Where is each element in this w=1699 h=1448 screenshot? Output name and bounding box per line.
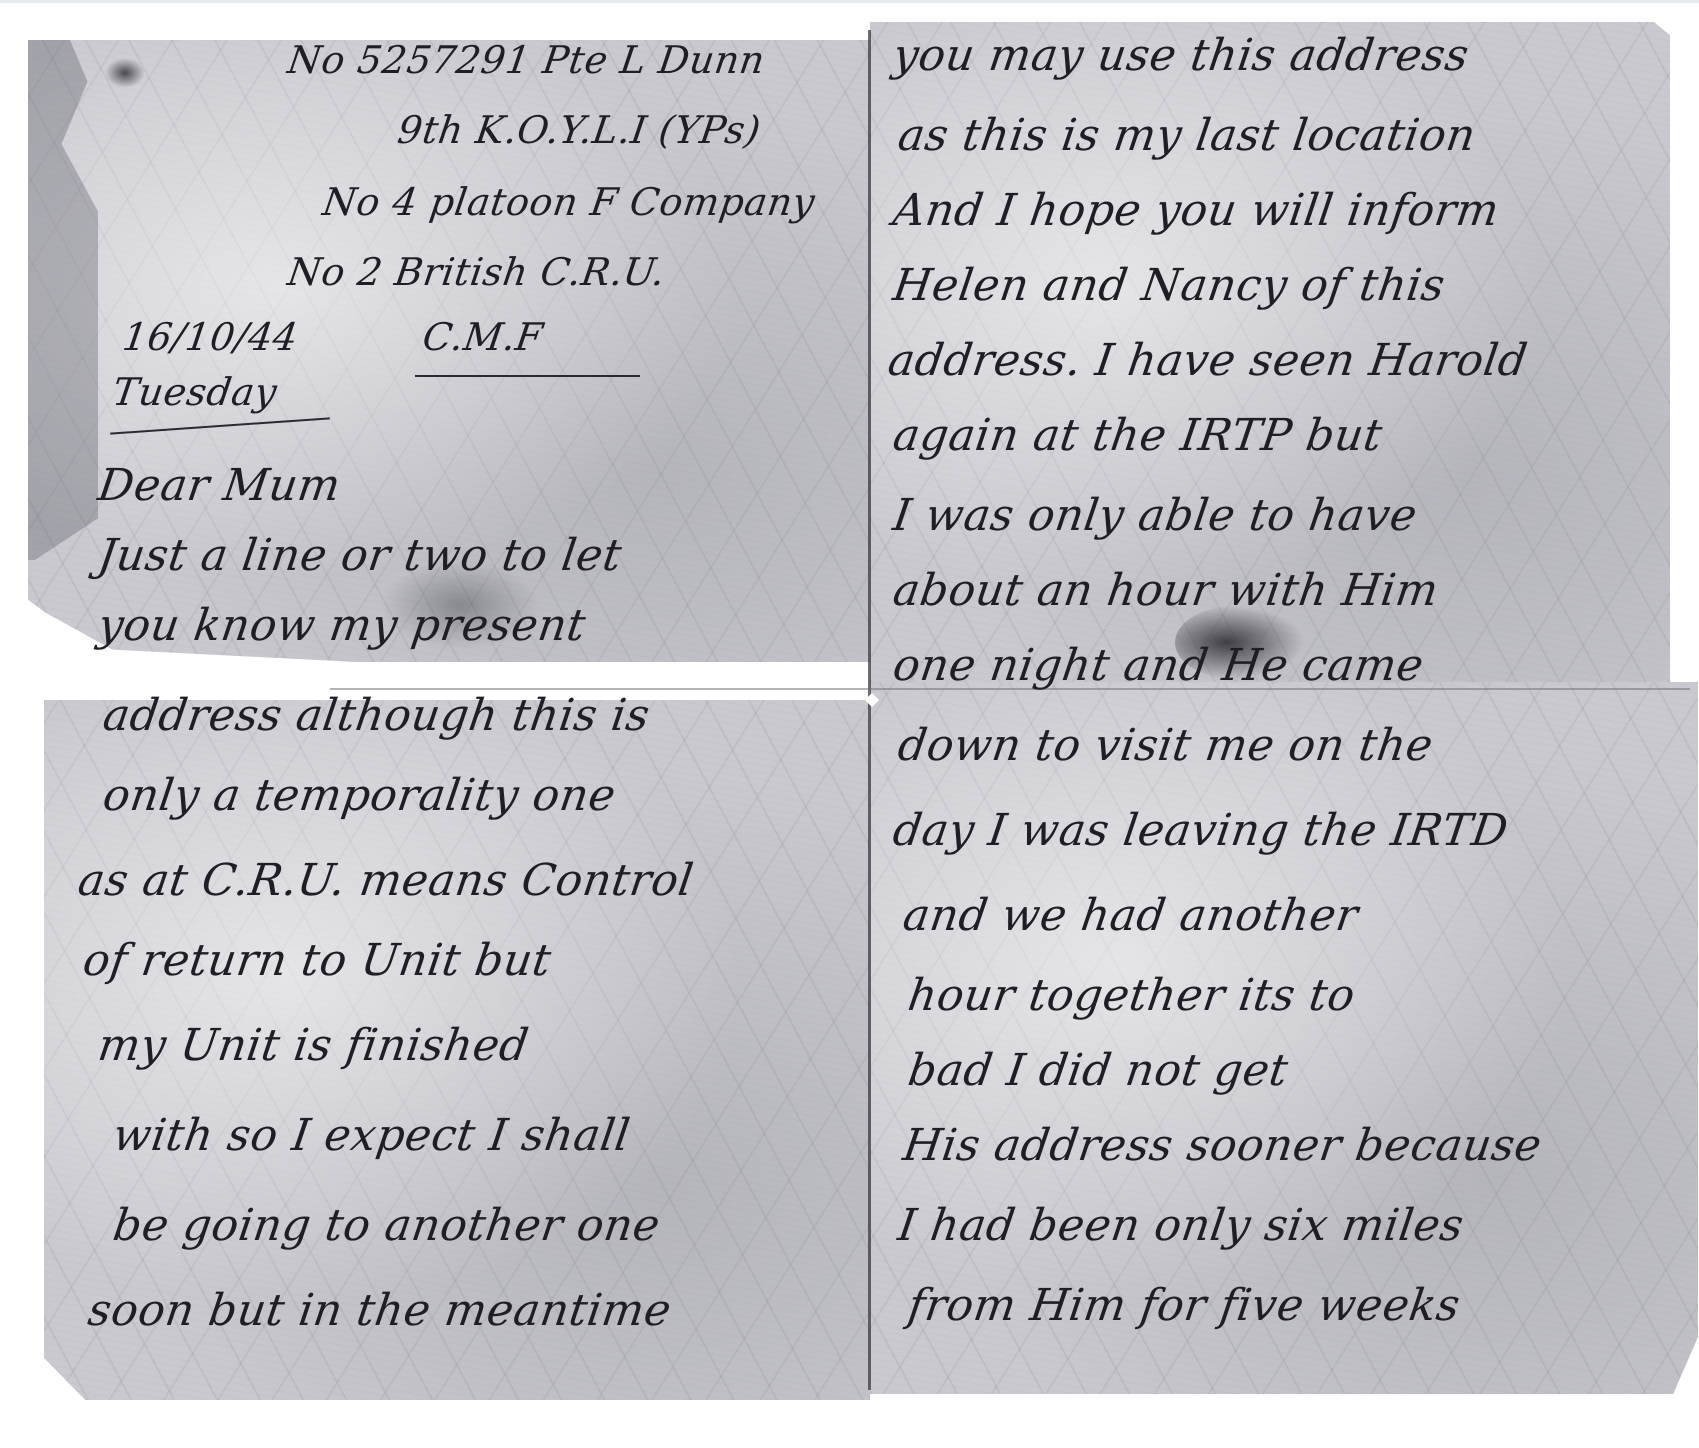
right-line-4: Helen and Nancy of this bbox=[890, 260, 1448, 311]
left-line-8: with so I expect I shall bbox=[110, 1110, 633, 1161]
sender-unit: 9th K.O.Y.L.I (YPs) bbox=[395, 108, 764, 152]
left-line-10: soon but in the meantime bbox=[85, 1285, 675, 1336]
left-line-7: my Unit is finished bbox=[95, 1020, 532, 1071]
left-line-3: address although this is bbox=[100, 690, 653, 741]
right-line-3: And I hope you will inform bbox=[890, 185, 1502, 236]
scan-top-edge bbox=[0, 0, 1699, 3]
right-line-7: I was only able to have bbox=[890, 490, 1420, 541]
right-line-8: about an hour with Him bbox=[890, 565, 1442, 616]
left-line-2: you know my present bbox=[95, 600, 589, 651]
right-line-9: one night and He came bbox=[890, 640, 1427, 691]
right-line-10: down to visit me on the bbox=[895, 720, 1436, 771]
vertical-fold-crease bbox=[868, 30, 871, 1390]
salutation: Dear Mum bbox=[95, 460, 344, 511]
right-line-11: day I was leaving the IRTD bbox=[890, 805, 1511, 856]
right-line-12: and we had another bbox=[900, 890, 1361, 941]
left-line-5: as at C.R.U. means Control bbox=[75, 855, 697, 906]
right-line-15: His address sooner because bbox=[900, 1120, 1545, 1171]
ink-smudge bbox=[105, 58, 145, 88]
scanned-letter: No 5257291 Pte L Dunn 9th K.O.Y.L.I (YPs… bbox=[0, 0, 1699, 1448]
left-line-4: only a temporality one bbox=[100, 770, 619, 821]
letter-date: 16/10/44 bbox=[120, 315, 301, 359]
right-line-6: again at the IRTP but bbox=[890, 410, 1386, 461]
sender-cru: No 2 British C.R.U. bbox=[285, 250, 668, 294]
force-underline bbox=[415, 375, 640, 377]
sender-force: C.M.F bbox=[420, 315, 546, 359]
right-line-5: address. I have seen Harold bbox=[885, 335, 1531, 386]
right-line-14: bad I did not get bbox=[905, 1045, 1291, 1096]
right-line-1: you may use this address bbox=[890, 30, 1472, 81]
right-line-16: I had been only six miles bbox=[895, 1200, 1467, 1251]
right-line-13: hour together its to bbox=[905, 970, 1358, 1021]
left-line-1: Just a line or two to let bbox=[95, 530, 625, 581]
left-line-9: be going to another one bbox=[110, 1200, 663, 1251]
left-line-6: of return to Unit but bbox=[80, 935, 554, 986]
sender-platoon: No 4 platoon F Company bbox=[320, 180, 818, 224]
right-line-17: from Him for five weeks bbox=[905, 1280, 1463, 1331]
sender-service-number: No 5257291 Pte L Dunn bbox=[285, 38, 768, 82]
letter-weekday: Tuesday bbox=[110, 370, 280, 414]
right-line-2: as this is my last location bbox=[895, 110, 1479, 161]
